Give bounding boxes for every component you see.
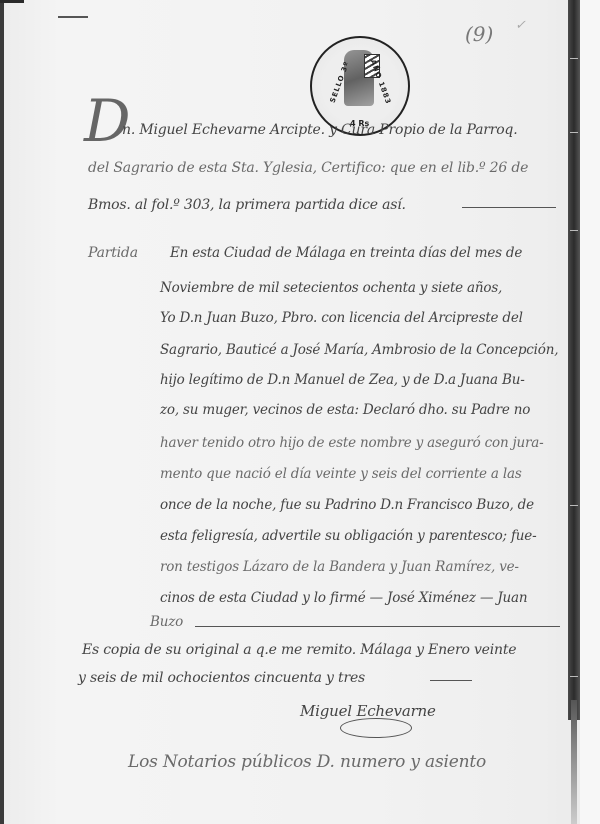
closing-line: y seis de mil ochocientos cincuenta y tr… xyxy=(78,670,365,686)
body-line: Noviembre de mil setecientos ochenta y s… xyxy=(160,280,502,296)
body-line: hijo legítimo de D.n Manuel de Zea, y de… xyxy=(160,372,525,388)
header-line: del Sagrario de esta Sta. Yglesia, Certi… xyxy=(88,160,528,176)
header-line: n. Miguel Echevarne Arcipte. y Cura Prop… xyxy=(122,122,517,138)
scan-margin-right xyxy=(580,0,600,824)
binding-mark xyxy=(570,676,578,677)
pencil-tick-mark: ✓ xyxy=(515,18,526,33)
body-line: zo, su muger, vecinos de esta: Declaró d… xyxy=(160,402,530,418)
binding-mark xyxy=(570,132,578,133)
top-dash-mark xyxy=(58,16,88,18)
closing-line: Es copia de su original a q.e me remito.… xyxy=(82,642,516,658)
official-stamp-seal: SELLO 3º AÑO 1883 4 Rs xyxy=(310,36,410,136)
footer-line: Los Notarios públicos D. numero y asient… xyxy=(128,752,486,772)
binding-mark xyxy=(570,230,578,231)
body-line: esta feligresía, advertile su obligación… xyxy=(160,528,536,544)
margin-label: Partida xyxy=(88,245,138,261)
binding-mark xyxy=(570,505,578,506)
body-line: Yo D.n Juan Buzo, Pbro. con licencia del… xyxy=(160,310,523,326)
decorative-initial: D xyxy=(84,92,131,150)
header-end-rule xyxy=(462,207,556,208)
body-line: Buzo xyxy=(150,614,183,630)
page-number: (9) xyxy=(465,22,493,46)
body-line: mento que nació el día veinte y seis del… xyxy=(160,466,522,482)
scan-border-left xyxy=(0,0,4,824)
body-line: ron testigos Lázaro de la Bandera y Juan… xyxy=(160,559,519,575)
body-line: haver tenido otro hijo de este nombre y … xyxy=(160,435,544,451)
scanned-document-page: (9) ✓ SELLO 3º AÑO 1883 4 Rs D n. Miguel… xyxy=(0,0,600,824)
signature-flourish xyxy=(340,718,412,738)
body-line: Sagrario, Bauticé a José María, Ambrosio… xyxy=(160,342,558,358)
body-line: cinos de esta Ciudad y lo firmé — José X… xyxy=(160,590,527,606)
scan-border-top xyxy=(0,0,24,3)
header-line: Bmos. al fol.º 303, la primera partida d… xyxy=(88,197,406,213)
body-line: En esta Ciudad de Málaga en treinta días… xyxy=(170,245,522,261)
binding-strip xyxy=(568,0,580,720)
body-end-rule xyxy=(195,626,560,627)
body-line: once de la noche, fue su Padrino D.n Fra… xyxy=(160,497,534,513)
binding-strip-fade xyxy=(571,700,577,824)
binding-mark xyxy=(570,58,578,59)
closing-end-rule xyxy=(430,680,472,681)
